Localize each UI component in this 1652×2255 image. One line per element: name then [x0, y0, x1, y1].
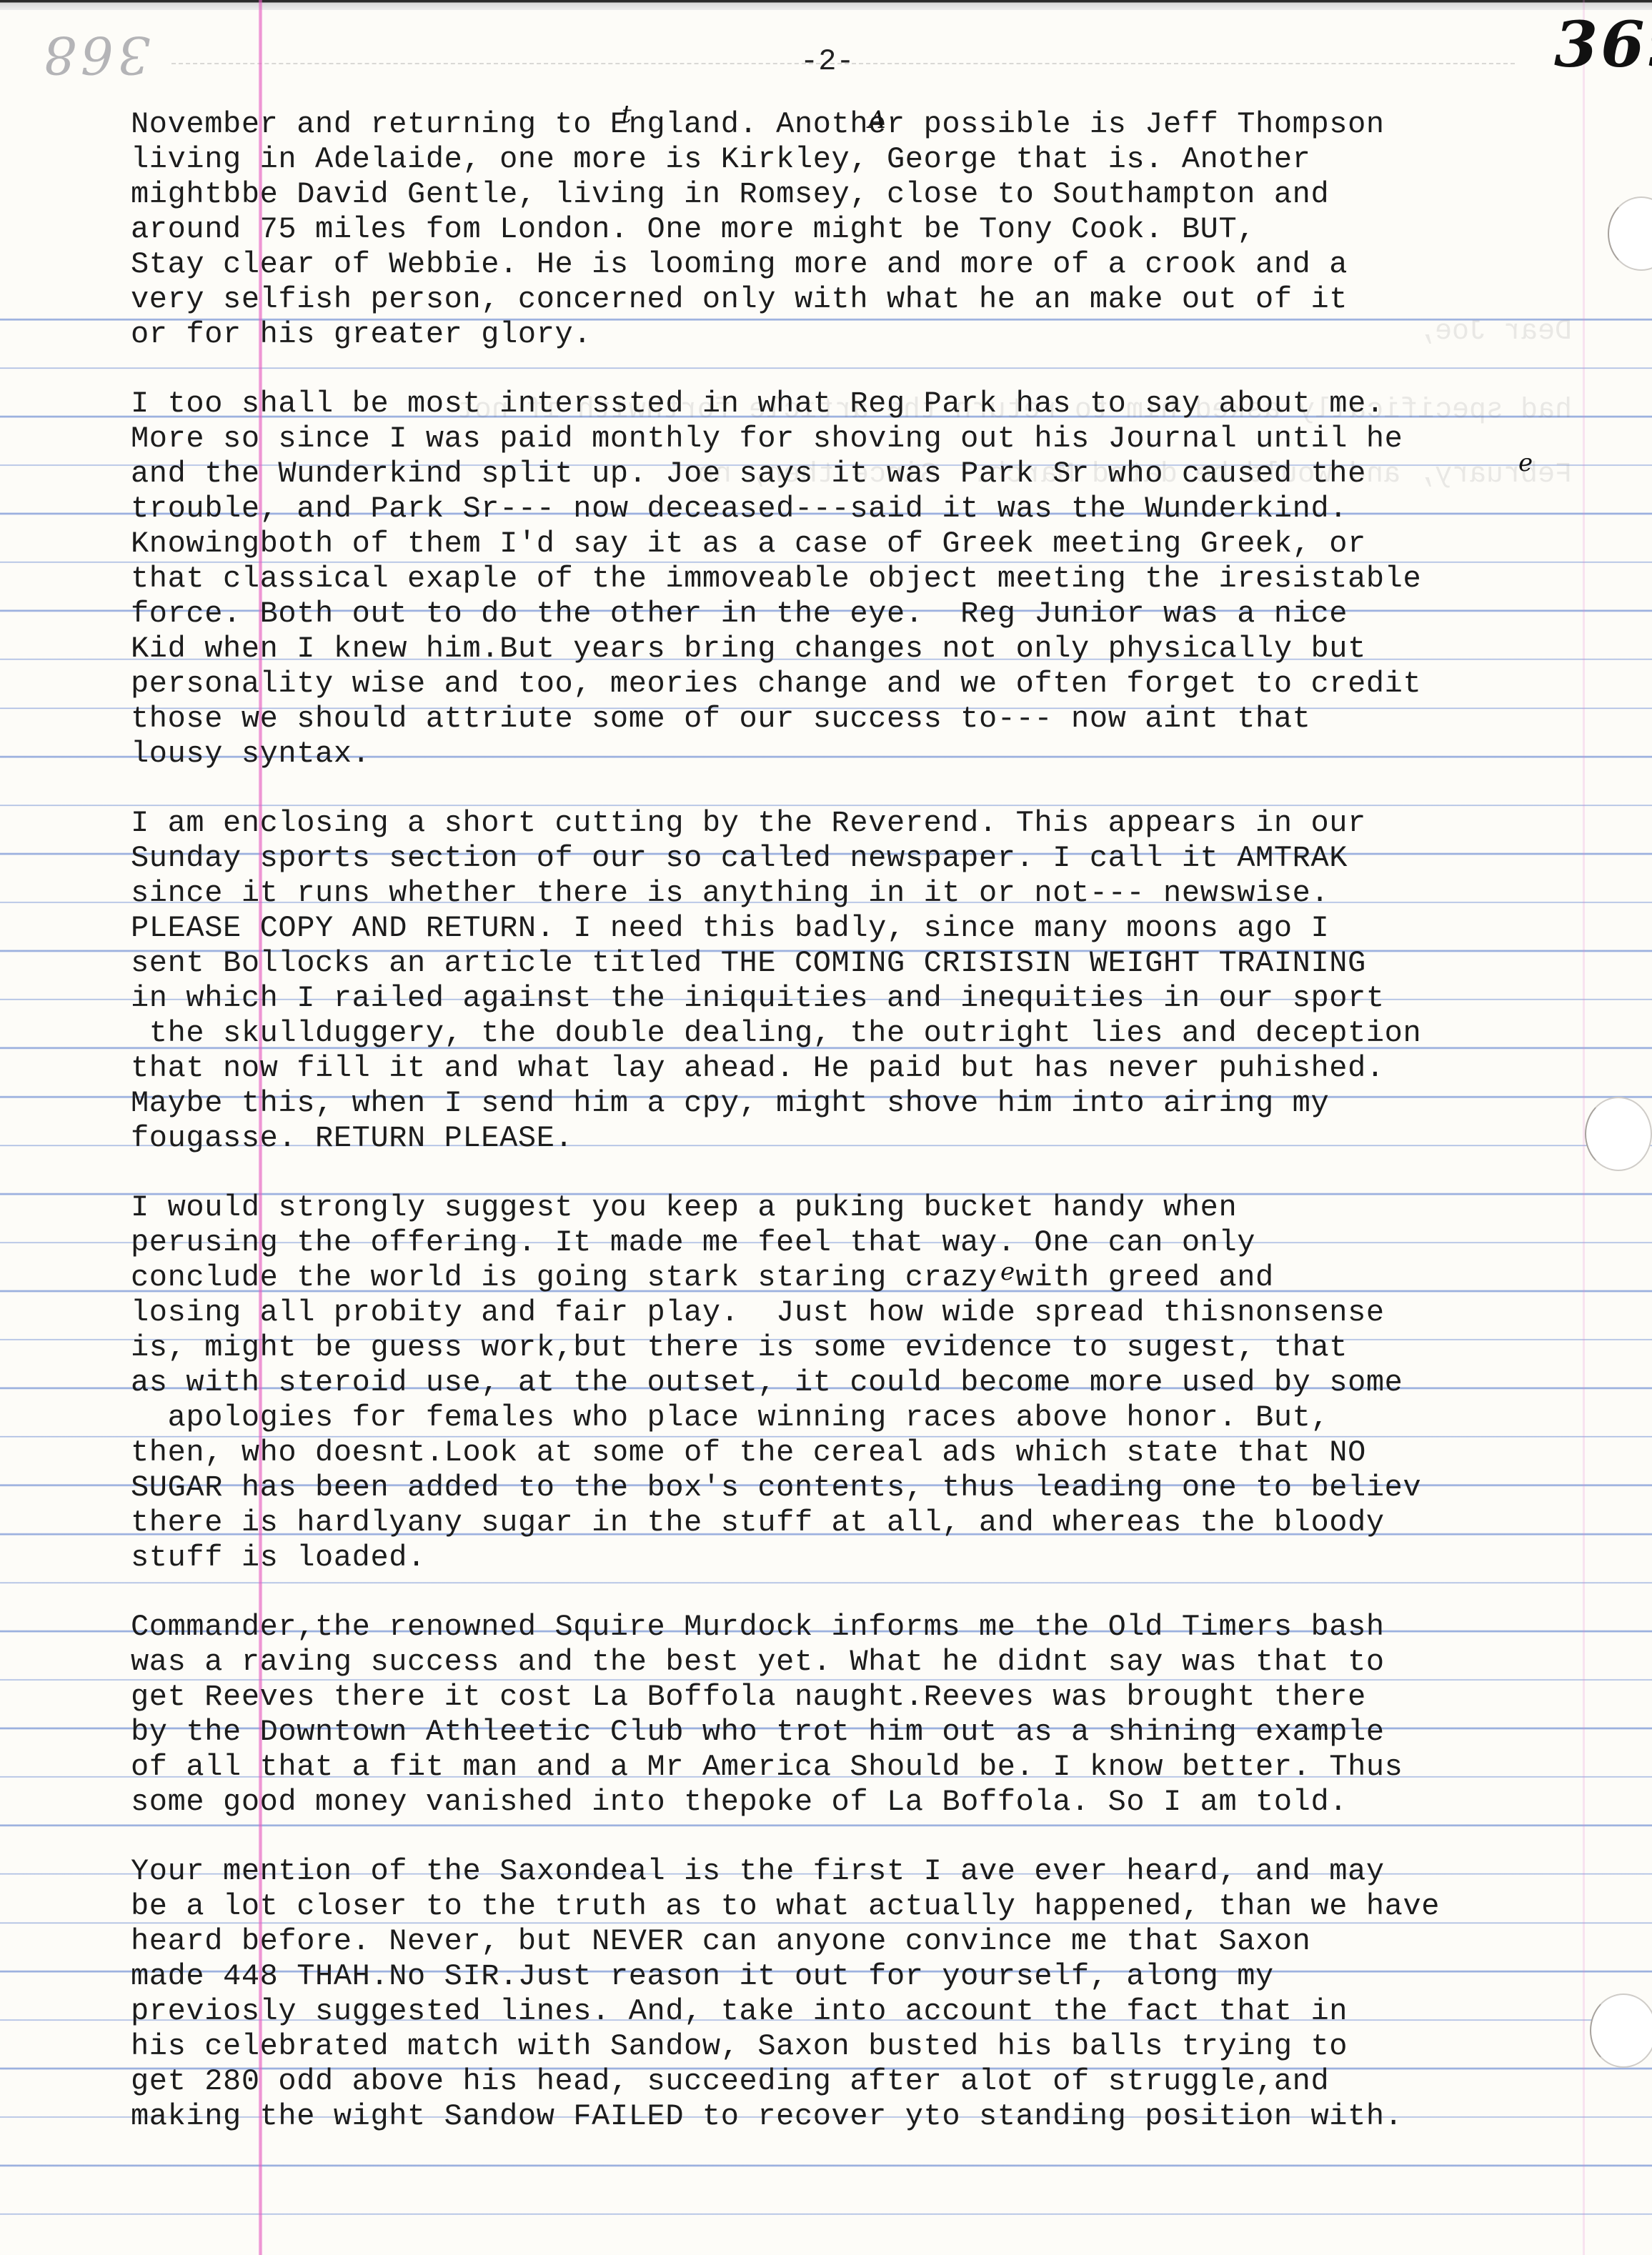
typed-line: Sunday sports section of our so called n… [131, 841, 1652, 876]
typed-line: Your mention of the Saxondeal is the fir… [131, 1854, 1652, 1889]
typed-line: Kid when I knew him.But years bring chan… [131, 632, 1652, 667]
typed-line: that now fill it and what lay ahead. He … [131, 1051, 1652, 1086]
handwritten-page-number: 369 [1554, 7, 1652, 81]
typed-line: previosly suggested lines. And, take int… [131, 1994, 1652, 2029]
typed-line: around 75 miles fom London. One more mig… [131, 212, 1652, 247]
typed-line: November and returning to England. Anoth… [131, 107, 1652, 142]
typed-line: conclude the world is going stark starin… [131, 1260, 1652, 1295]
scan-top-edge [0, 0, 1652, 10]
typed-line: since it runs whether there is anything … [131, 876, 1652, 911]
typed-line: Maybe this, when I send him a cpy, might… [131, 1086, 1652, 1121]
typed-line: losing all probity and fair play. Just h… [131, 1295, 1652, 1330]
typed-line: the skullduggery, the double dealing, th… [131, 1016, 1652, 1051]
typed-line: then, who doesnt.Look at some of the cer… [131, 1435, 1652, 1470]
typed-line: living in Adelaide, one more is Kirkley,… [131, 142, 1652, 177]
typed-line: and the Wunderkind split up. Joe says it… [131, 457, 1652, 492]
typed-line: perusing the offering. It made me feel t… [131, 1225, 1652, 1260]
typed-line: by the Downtown Athleetic Club who trot … [131, 1715, 1652, 1750]
typed-line: I too shall be most interssted in what R… [131, 387, 1652, 422]
letter-paragraph: I would strongly suggest you keep a puki… [131, 1190, 1652, 1575]
typed-line: I am enclosing a short cutting by the Re… [131, 806, 1652, 841]
typed-line: as with steroid use, at the outset, it c… [131, 1365, 1652, 1400]
typed-line: that classical exaple of the immoveable … [131, 562, 1652, 597]
typed-line: get 280 odd above his head, succeeding a… [131, 2064, 1652, 2099]
typed-line: of all that a fit man and a Mr America S… [131, 1750, 1652, 1785]
typed-line: More so since I was paid monthly for sho… [131, 422, 1652, 457]
letter-paragraph: Commander,the renowned Squire Murdock in… [131, 1610, 1652, 1820]
typed-line: heard before. Never, but NEVER can anyon… [131, 1924, 1652, 1959]
typed-line: making the wight Sandow FAILED to recove… [131, 2099, 1652, 2134]
typed-line: was a raving success and the best yet. W… [131, 1645, 1652, 1680]
typed-line: lousy syntax. [131, 737, 1652, 772]
typed-line: his celebrated match with Sandow, Saxon … [131, 2029, 1652, 2064]
handwritten-page-number-faint: 368 [39, 25, 150, 85]
typed-line: is, might be guess work,but there is som… [131, 1330, 1652, 1365]
typed-line: trouble, and Park Sr--- now deceased---s… [131, 492, 1652, 527]
typed-line: some good money vanished into thepoke of… [131, 1785, 1652, 1820]
typed-line: those we should attriute some of our suc… [131, 702, 1652, 737]
typed-line: in which I railed against the iniquities… [131, 981, 1652, 1016]
typed-line: Commander,the renowned Squire Murdock in… [131, 1610, 1652, 1645]
typed-line: there is hardlyany sugar in the stuff at… [131, 1505, 1652, 1540]
typed-line: Knowingboth of them I'd say it as a case… [131, 527, 1652, 562]
typed-line: very selfish person, concerned only with… [131, 282, 1652, 317]
typed-line: or for his greater glory. [131, 317, 1652, 352]
typed-line: PLEASE COPY AND RETURN. I need this badl… [131, 911, 1652, 946]
typed-line: stuff is loaded. [131, 1540, 1652, 1575]
typed-line: get Reeves there it cost La Boffola naug… [131, 1680, 1652, 1715]
typed-line: I would strongly suggest you keep a puki… [131, 1190, 1652, 1225]
typed-line: personality wise and too, meories change… [131, 667, 1652, 702]
letter-paragraph: I am enclosing a short cutting by the Re… [131, 806, 1652, 1156]
letter-paragraph: I too shall be most interssted in what R… [131, 387, 1652, 772]
letter-body: November and returning to England. Anoth… [131, 107, 1652, 2169]
typed-line: SUGAR has been added to the box's conten… [131, 1470, 1652, 1505]
typed-line: Stay clear of Webbie. He is looming more… [131, 247, 1652, 282]
typed-line: force. Both out to do the other in the e… [131, 597, 1652, 632]
typed-line: sent Bollocks an article titled THE COMI… [131, 946, 1652, 981]
letter-paragraph: Your mention of the Saxondeal is the fir… [131, 1854, 1652, 2134]
typed-line: fougasse. RETURN PLEASE. [131, 1121, 1652, 1156]
typed-line: made 448 THAH.No SIR.Just reason it out … [131, 1959, 1652, 1994]
typed-line: be a lot closer to the truth as to what … [131, 1889, 1652, 1924]
typed-page-number: -2- [800, 44, 855, 79]
letter-page: 368 369 -2- Dear Joe,had specifically as… [0, 0, 1652, 2255]
typed-line: apologies for females who place winning … [131, 1400, 1652, 1435]
letter-paragraph: November and returning to England. Anoth… [131, 107, 1652, 352]
typed-line: mightbbe David Gentle, living in Romsey,… [131, 177, 1652, 212]
